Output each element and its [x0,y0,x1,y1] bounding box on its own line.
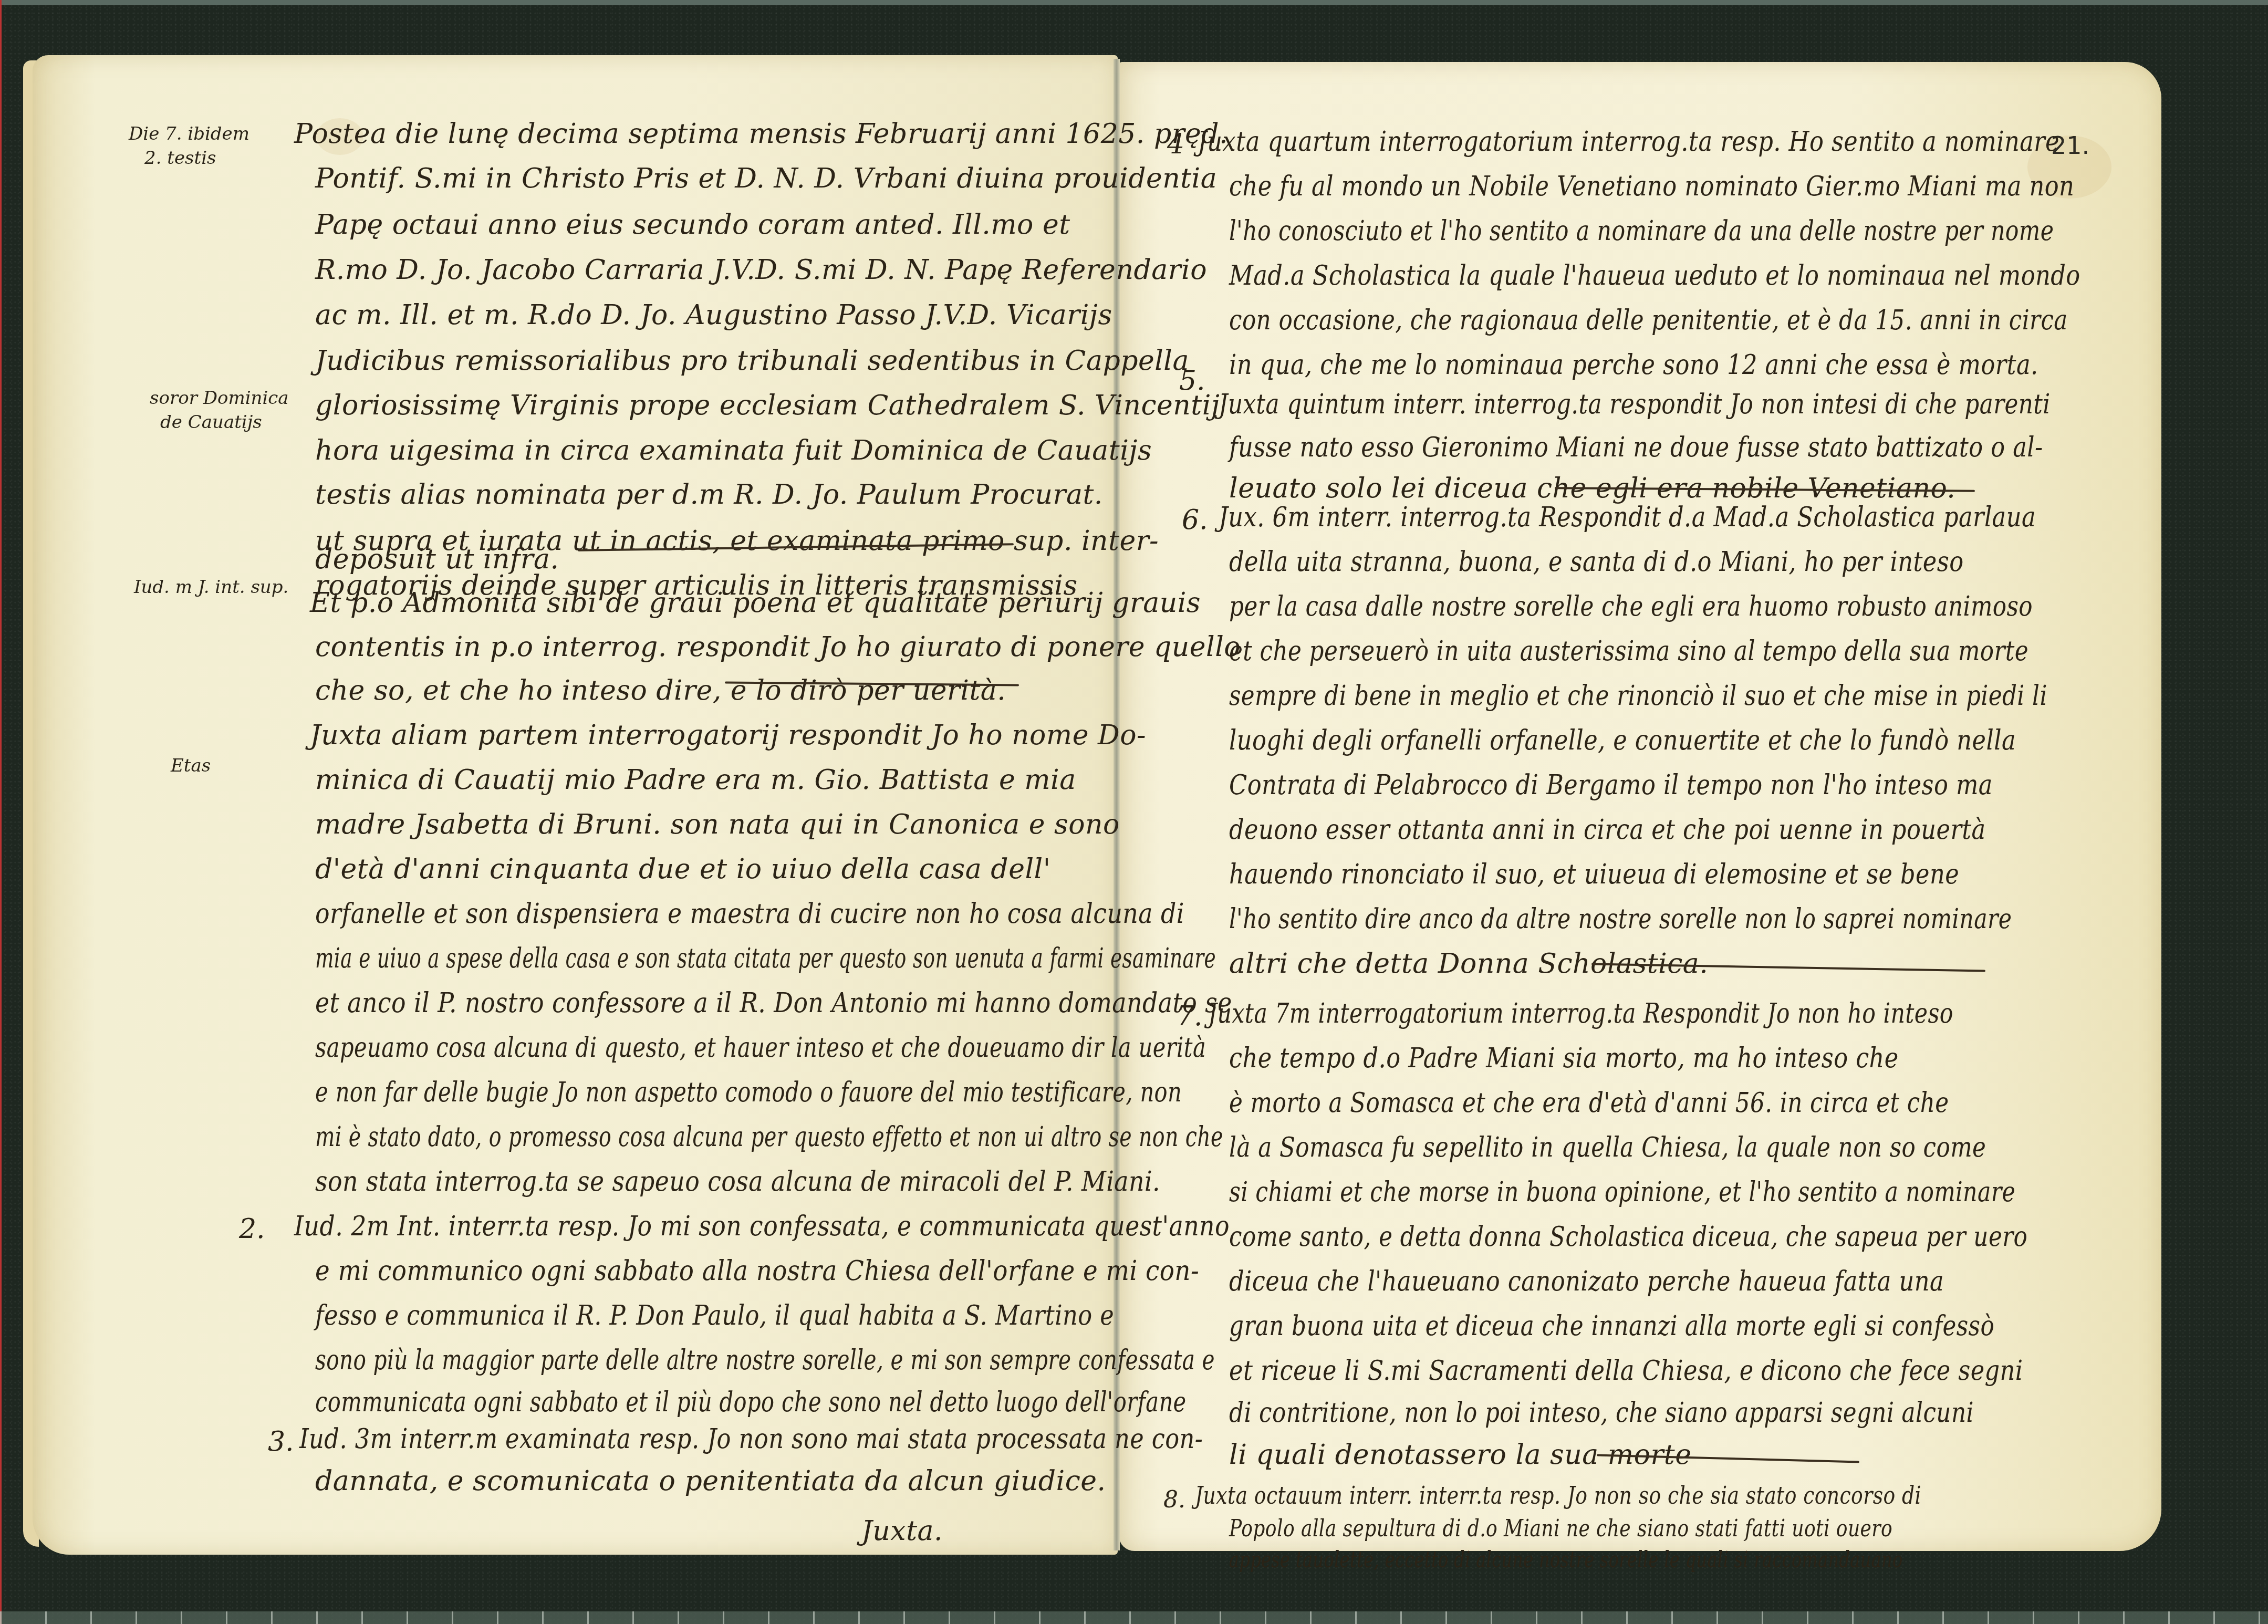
measurement-ruler [0,1611,2268,1624]
text-line: Et p.o Admonita sibi de graui poena et q… [310,587,1201,619]
text-line: in qua, che me lo nominaua perche sono 1… [1229,349,2038,381]
text-line: Juxta quintum interr. interrog.ta respon… [1219,389,2051,420]
text-line: con occasione, che ragionaua delle penit… [1229,305,2068,336]
text-line: che tempo d.o Padre Miani sia morto, ma … [1229,1043,1899,1074]
question-number: 6. [1182,504,1208,536]
catchword: Juxta. [861,1515,943,1547]
text-line: gran buona uita et diceua che innanzi al… [1229,1310,1994,1342]
text-line: orfanelle et son dispensiera e maestra d… [315,898,1184,930]
text-line: Juxta aliam partem interrogatorij respon… [310,720,1146,751]
text-line: fusse nato esso Gieronimo Miani ne doue … [1229,432,2043,463]
scan-left-edge [0,0,2,1624]
text-line: et che perseuerò in uita austerissima si… [1229,636,2028,667]
text-line: e mi communico ogni sabbato alla nostra … [315,1255,1199,1287]
text-line: sempre di bene in meglio et che rinonciò… [1229,680,2047,712]
text-line: che so, et che ho inteso dire, e lo dirò… [315,675,1006,706]
text-line: mi è stato dato, o promesso cosa alcuna … [315,1121,1223,1153]
text-line: deposuit ut infra. [315,544,559,575]
text-line: sono più la maggior parte delle altre no… [315,1345,1215,1376]
text-line: diceua che l'haueuano canonizato perche … [1229,1266,1944,1297]
question-number: 3. [268,1426,294,1458]
text-line: R.mo D. Jo. Jacobo Carraria J.V.D. S.mi … [315,254,1207,286]
text-line: Juxta 7m interrogatorium interrog.ta Res… [1208,998,1953,1029]
text-line: Iud. 2m Int. interr.ta resp. Jo mi son c… [294,1211,1230,1242]
text-line: Juxta octauum interr. interr.ta resp. Jo… [1195,1481,1921,1510]
text-line: l'ho conosciuto et l'ho sentito a nomina… [1229,215,2054,247]
text-line: mia e uiuo a spese della casa e son stat… [315,943,1216,974]
text-line: dannata, e scomunicata o penitentiata da… [315,1465,1106,1497]
text-line: Juxta quartum interrogatorium interrog.t… [1198,126,2059,158]
question-number: 5. [1179,365,1205,397]
text-line: come santo, e detta donna Scholastica di… [1229,1221,2027,1253]
text-line: ac m. Ill. et m. R.do D. Jo. Augustino P… [315,299,1112,331]
margin-note-witness: soror Dominica de Cauatijs [150,386,289,434]
text-line: si chiami et che morse in buona opinione… [1229,1177,2015,1208]
text-line: son stata interrog.ta se sapeuo cosa alc… [315,1166,1160,1198]
margin-note-line: soror Dominica [150,386,289,410]
margin-note-date: Die 7. ibidem 2. testis [129,122,249,170]
text-line: gloriosissimę Virginis prope ecclesiam C… [315,390,1220,421]
margin-note-line: Die 7. ibidem [129,122,249,146]
text-line: minica di Cauatij mio Padre era m. Gio. … [315,764,1076,796]
text-line: luoghi degli orfanelli orfanelle, e conu… [1229,725,2016,756]
text-line: e non far delle bugie Jo non aspetto com… [315,1077,1182,1108]
margin-note-line: 2. testis [144,146,249,170]
margin-note-iud: Iud. m J. int. sup. [134,575,288,599]
question-number: 2. [239,1213,265,1245]
text-line: testis alias nominata per d.m R. D. Jo. … [315,479,1103,511]
question-number: 7. [1177,1001,1203,1032]
question-number: 8. [1163,1486,1185,1513]
text-line: deuono esser ottanta anni in circa et ch… [1229,814,1986,846]
margin-note-line: de Cauatijs [160,410,289,434]
text-line: et riceue li S.mi Sacramenti della Chies… [1229,1355,2023,1387]
text-line: madre Jsabetta di Bruni. son nata qui in… [315,809,1120,840]
text-line: et anco il P. nostro confessore a il R. … [315,987,1232,1019]
scan-top-strip [0,0,2268,5]
margin-note-etas: Etas [171,754,211,778]
text-line: di contritione, non lo poi inteso, che s… [1229,1397,1974,1429]
text-line: Contrata di Pelabrocco di Bergamo il tem… [1229,769,1993,801]
text-line: communicata ogni sabbato et il più dopo … [315,1387,1187,1418]
text-line: fesso e communica il R. P. Don Paulo, il… [315,1300,1114,1331]
text-line: che fu al mondo un Nobile Venetiano nomi… [1229,171,2074,202]
text-line: hora uigesima in circa examinata fuit Do… [315,435,1152,466]
text-line: Jux. 6m interr. interrog.ta Respondit d.… [1219,502,2036,533]
text-line: d'età d'anni cinquanta due et io uiuo de… [315,853,1050,885]
text-line: contentis in p.o interrog. respondit Jo … [315,631,1241,663]
text-line: è morto a Somasca et che era d'età d'ann… [1229,1087,1949,1119]
text-line: Popolo alla sepultura di d.o Miani ne ch… [1229,1515,1892,1542]
margin-note-line: Iud. m J. int. sup. [134,575,288,599]
text-line: Pontif. S.mi in Christo Pris et D. N. D.… [315,163,1217,194]
text-line: l'ho sentito dire anco da altre nostre s… [1229,903,2012,935]
text-line: hauendo rinonciato il suo, et uiueua di … [1229,859,1959,890]
text-line: della uita stranna, buona, e santa di d.… [1229,546,1963,578]
question-number: 4 [1167,129,1184,160]
text-line: appese tauolette, eccetto di alcune nost… [1229,1547,1903,1573]
text-line: Judicibus remissorialibus pro tribunali … [315,345,1189,377]
text-line: per la casa dalle nostre sorelle che egl… [1229,591,2033,622]
text-line: sapeuamo cosa alcuna di questo, et hauer… [315,1032,1206,1064]
text-line: Postea die lunę decima septima mensis Fe… [294,118,1228,150]
margin-note-line: Etas [171,754,211,778]
text-line: Mad.a Scholastica la quale l'haueua uedu… [1229,260,2080,292]
text-line: là a Somasca fu sepellito in quella Chie… [1229,1132,1986,1163]
text-line: Papę octaui anno eius secundo coram ante… [315,209,1070,241]
text-line: Iud. 3m interr.m examinata resp. Jo non … [299,1423,1203,1455]
